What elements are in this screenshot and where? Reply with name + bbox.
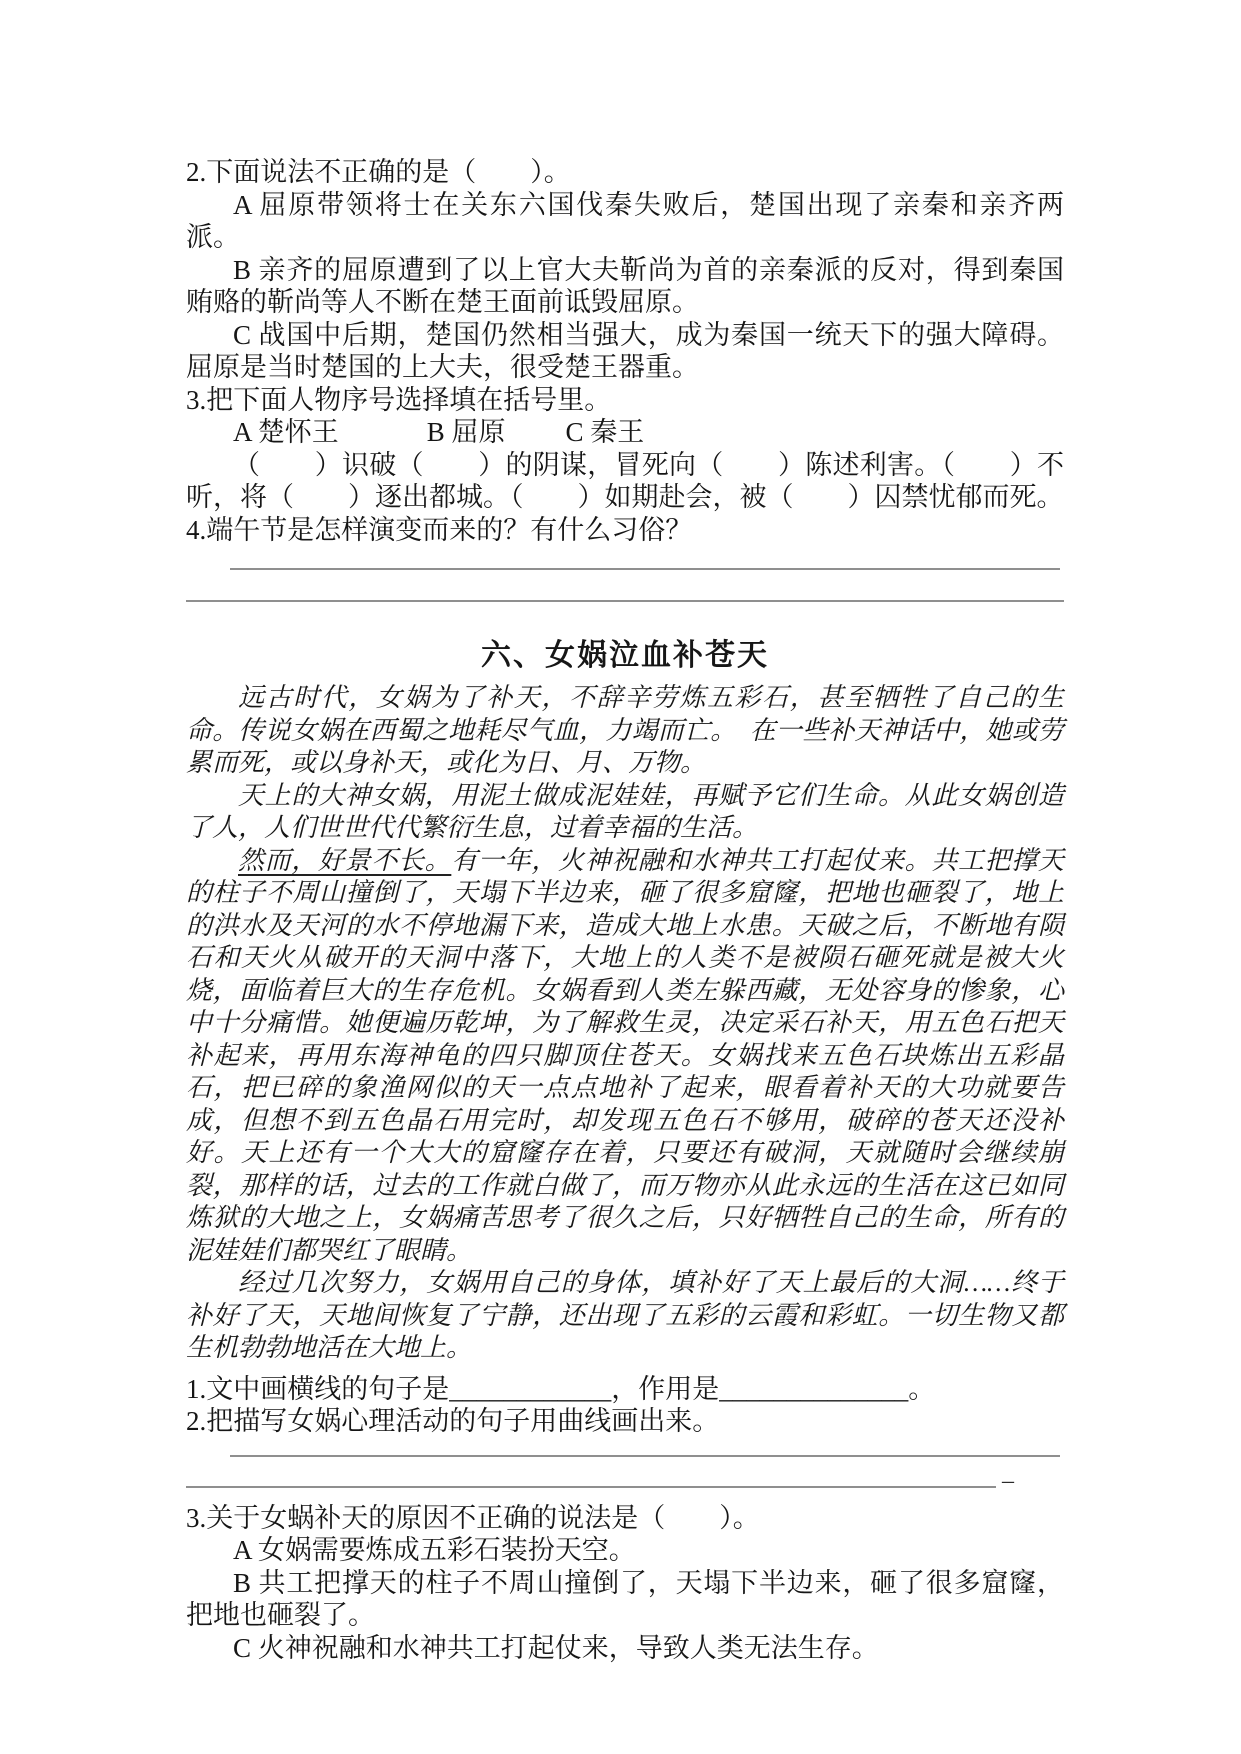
passage-question-3-prompt: 3.关于女蜗补天的原因不正确的说法是（ ）。	[186, 1502, 1064, 1535]
worksheet-page: 2.下面说法不正确的是（ ）。 A 屈原带领将士在关东六国伐秦失败后，楚国出现了…	[0, 0, 1241, 1754]
passage-paragraph-2: 天上的大神女娲，用泥土做成泥娃娃，再赋予它们生命。从此女娲创造了人，人们世世代代…	[186, 780, 1064, 845]
passage-paragraph-3-rest: 有一年，火神祝融和水神共工打起仗来。共工把撑天的柱子不周山撞倒了，天塌下半边来，…	[186, 846, 1064, 1265]
question-4-prompt: 4.端午节是怎样演变而来的？有什么习俗？	[186, 514, 1064, 547]
passage-paragraph-4: 经过几次努力，女娲用自己的身体，填补好了天上最后的大洞……终于补好了天，天地间恢…	[186, 1267, 1064, 1365]
stray-dash: –	[1002, 1469, 1014, 1493]
choice-c: C 秦王	[566, 416, 645, 449]
passage-question-1: 1.文中画横线的句子是____________，作用是_____________…	[186, 1373, 1064, 1406]
question-3-fill-sentence: （ ）识破（ ）的阴谋，冒死向（ ）陈述利害。（ ）不听，将（ ）逐出都城。（ …	[186, 449, 1064, 514]
question-2-prompt: 2.下面说法不正确的是（ ）。	[186, 156, 1064, 189]
passage-question-3-option-a: A 女娲需要炼成五彩石装扮天空。	[186, 1534, 1064, 1567]
question-2-option-a: A 屈原带领将士在关东六国伐秦失败后，楚国出现了亲秦和亲齐两派。	[186, 189, 1064, 254]
answer-line-1	[230, 568, 1060, 570]
underlined-sentence: 然而，好景不长。	[238, 846, 451, 875]
question-2-option-c: C 战国中后期，楚国仍然相当强大，成为秦国一统天下的强大障碍。屈原是当时楚国的上…	[186, 319, 1064, 384]
answer-line-4-wrap: –	[186, 1486, 996, 1488]
passage-question-3-option-b: B 共工把撑天的柱子不周山撞倒了，天塌下半边来，砸了很多窟窿，把地也砸裂了。	[186, 1567, 1064, 1632]
answer-line-2	[186, 600, 1064, 602]
choice-b: B 屈原	[427, 416, 506, 449]
question-3-choices: A 楚怀王 B 屈原 C 秦王	[233, 416, 1064, 449]
answer-line-3	[230, 1455, 1060, 1457]
passage-title: 六、女娲泣血补苍天	[186, 636, 1064, 676]
passage-paragraph-1: 远古时代，女娲为了补天，不辞辛劳炼五彩石，甚至牺牲了自己的生命。传说女娲在西蜀之…	[186, 682, 1064, 780]
question-2-option-b: B 亲齐的屈原遭到了以上官大夫靳尚为首的亲秦派的反对，得到秦国贿赂的靳尚等人不断…	[186, 254, 1064, 319]
choice-a: A 楚怀王	[233, 416, 339, 449]
question-3-prompt: 3.把下面人物序号选择填在括号里。	[186, 384, 1064, 417]
worksheet-content: 2.下面说法不正确的是（ ）。 A 屈原带领将士在关东六国伐秦失败后，楚国出现了…	[186, 156, 1064, 1664]
passage-question-3-option-c: C 火神祝融和水神共工打起仗来，导致人类无法生存。	[186, 1632, 1064, 1665]
answer-line-4	[186, 1486, 996, 1488]
passage-paragraph-3: 然而，好景不长。有一年，火神祝融和水神共工打起仗来。共工把撑天的柱子不周山撞倒了…	[186, 845, 1064, 1268]
passage-question-2: 2.把描写女娲心理活动的句子用曲线画出来。	[186, 1405, 1064, 1438]
